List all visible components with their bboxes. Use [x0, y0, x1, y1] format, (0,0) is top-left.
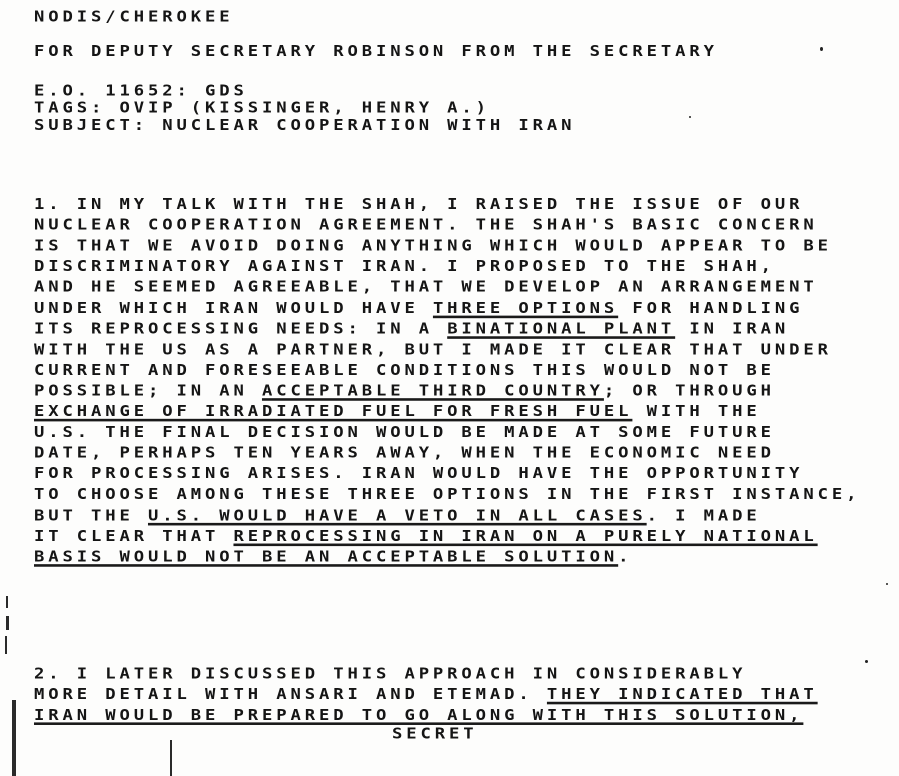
underlined-text: EXCHANGE OF IRRADIATED FUEL FOR FRESH FU… — [34, 403, 632, 420]
margin-mark — [6, 616, 9, 630]
text-segment: 1. IN MY TALK WITH THE SHAH, I RAISED TH… — [34, 196, 803, 213]
text-line: DISCRIMINATORY AGAINST IRAN. I PROPOSED … — [34, 258, 775, 275]
margin-mark — [5, 636, 7, 654]
cable-document: NODIS/CHEROKEE FOR DEPUTY SECRETARY ROBI… — [0, 0, 899, 667]
subject-line: SUBJECT: NUCLEAR COOPERATION WITH IRAN — [34, 117, 575, 134]
text-line: ITS REPROCESSING NEEDS: IN A BINATIONAL … — [34, 320, 789, 337]
scan-speck — [689, 116, 691, 118]
text-segment: ; OR THROUGH — [604, 383, 775, 400]
underlined-text: U.S. WOULD HAVE A VETO IN ALL CASES — [148, 507, 647, 524]
margin-mark — [6, 596, 8, 608]
text-segment: BUT THE — [34, 507, 148, 524]
underlined-text: ACCEPTABLE THIRD COUNTRY — [262, 383, 604, 400]
text-segment: UNDER WHICH IRAN WOULD HAVE — [34, 300, 433, 317]
text-line: AND HE SEEMED AGREEABLE, THAT WE DEVELOP… — [34, 279, 818, 296]
underlined-text: THREE OPTIONS — [433, 300, 618, 317]
text-segment: WITH THE — [632, 403, 760, 420]
text-segment: CURRENT AND FORESEEABLE CONDITIONS THIS … — [34, 362, 775, 379]
text-segment: IS THAT WE AVOID DOING ANYTHING WHICH WO… — [34, 238, 832, 255]
underlined-text: BINATIONAL PLANT — [447, 320, 675, 337]
text-line: 2. I LATER DISCUSSED THIS APPROACH IN CO… — [34, 666, 746, 683]
margin-bar — [12, 700, 16, 776]
text-segment: MORE DETAIL WITH ANSARI AND ETEMAD. — [34, 686, 547, 703]
underlined-text: BASIS WOULD NOT BE AN ACCEPTABLE SOLUTIO… — [34, 548, 618, 565]
text-line: NUCLEAR COOPERATION AGREEMENT. THE SHAH'… — [34, 217, 818, 234]
eo-line: E.O. 11652: GDS — [34, 83, 248, 100]
underlined-text: REPROCESSING IN IRAN ON A PURELY NATIONA… — [233, 528, 817, 545]
text-segment: FOR PROCESSING ARISES. IRAN WOULD HAVE T… — [34, 466, 803, 483]
underlined-text: IRAN WOULD BE PREPARED TO GO ALONG WITH … — [34, 707, 803, 724]
text-line: EXCHANGE OF IRRADIATED FUEL FOR FRESH FU… — [34, 403, 761, 420]
text-line: WITH THE US AS A PARTNER, BUT I MADE IT … — [34, 341, 832, 358]
underlined-text: THEY INDICATED THAT — [547, 686, 818, 703]
text-line: MORE DETAIL WITH ANSARI AND ETEMAD. THEY… — [34, 686, 818, 703]
text-line: FOR PROCESSING ARISES. IRAN WOULD HAVE T… — [34, 466, 803, 483]
text-line: U.S. THE FINAL DECISION WOULD BE MADE AT… — [34, 424, 775, 441]
text-line: IT CLEAR THAT REPROCESSING IN IRAN ON A … — [34, 528, 818, 545]
scan-speck — [865, 660, 868, 663]
text-segment: DATE, PERHAPS TEN YEARS AWAY, WHEN THE E… — [34, 445, 775, 462]
tags-line: TAGS: OVIP (KISSINGER, HENRY A.) — [34, 100, 490, 117]
text-line: IS THAT WE AVOID DOING ANYTHING WHICH WO… — [34, 238, 832, 255]
text-segment: DISCRIMINATORY AGAINST IRAN. I PROPOSED … — [34, 258, 775, 275]
text-segment: POSSIBLE; IN AN — [34, 383, 262, 400]
text-segment: AND HE SEEMED AGREEABLE, THAT WE DEVELOP… — [34, 279, 818, 296]
text-segment: IT CLEAR THAT — [34, 528, 233, 545]
text-segment: NUCLEAR COOPERATION AGREEMENT. THE SHAH'… — [34, 217, 818, 234]
text-segment: FOR HANDLING — [618, 300, 803, 317]
text-line: 1. IN MY TALK WITH THE SHAH, I RAISED TH… — [34, 196, 803, 213]
classification-footer: SECRET — [392, 726, 478, 743]
text-line: BASIS WOULD NOT BE AN ACCEPTABLE SOLUTIO… — [34, 548, 632, 565]
text-segment: WITH THE US AS A PARTNER, BUT I MADE IT … — [34, 341, 832, 358]
caption-line: NODIS/CHEROKEE — [34, 9, 233, 26]
text-segment: U.S. THE FINAL DECISION WOULD BE MADE AT… — [34, 424, 775, 441]
text-segment: . — [618, 548, 632, 565]
text-segment: TO CHOOSE AMONG THESE THREE OPTIONS IN T… — [34, 486, 860, 503]
text-line: DATE, PERHAPS TEN YEARS AWAY, WHEN THE E… — [34, 445, 775, 462]
text-segment: ITS REPROCESSING NEEDS: IN A — [34, 320, 447, 337]
text-line: UNDER WHICH IRAN WOULD HAVE THREE OPTION… — [34, 300, 803, 317]
text-line: POSSIBLE; IN AN ACCEPTABLE THIRD COUNTRY… — [34, 383, 775, 400]
text-segment: 2. I LATER DISCUSSED THIS APPROACH IN CO… — [34, 666, 746, 683]
text-line: IRAN WOULD BE PREPARED TO GO ALONG WITH … — [34, 707, 803, 724]
text-segment: . I MADE — [647, 507, 761, 524]
text-line: BUT THE U.S. WOULD HAVE A VETO IN ALL CA… — [34, 507, 761, 524]
margin-mark — [170, 740, 172, 776]
scan-speck — [886, 583, 888, 585]
text-line: TO CHOOSE AMONG THESE THREE OPTIONS IN T… — [34, 486, 860, 503]
text-segment: IN IRAN — [675, 320, 789, 337]
addressee-line: FOR DEPUTY SECRETARY ROBINSON FROM THE S… — [34, 43, 718, 60]
text-line: CURRENT AND FORESEEABLE CONDITIONS THIS … — [34, 362, 775, 379]
scan-speck — [820, 47, 823, 51]
